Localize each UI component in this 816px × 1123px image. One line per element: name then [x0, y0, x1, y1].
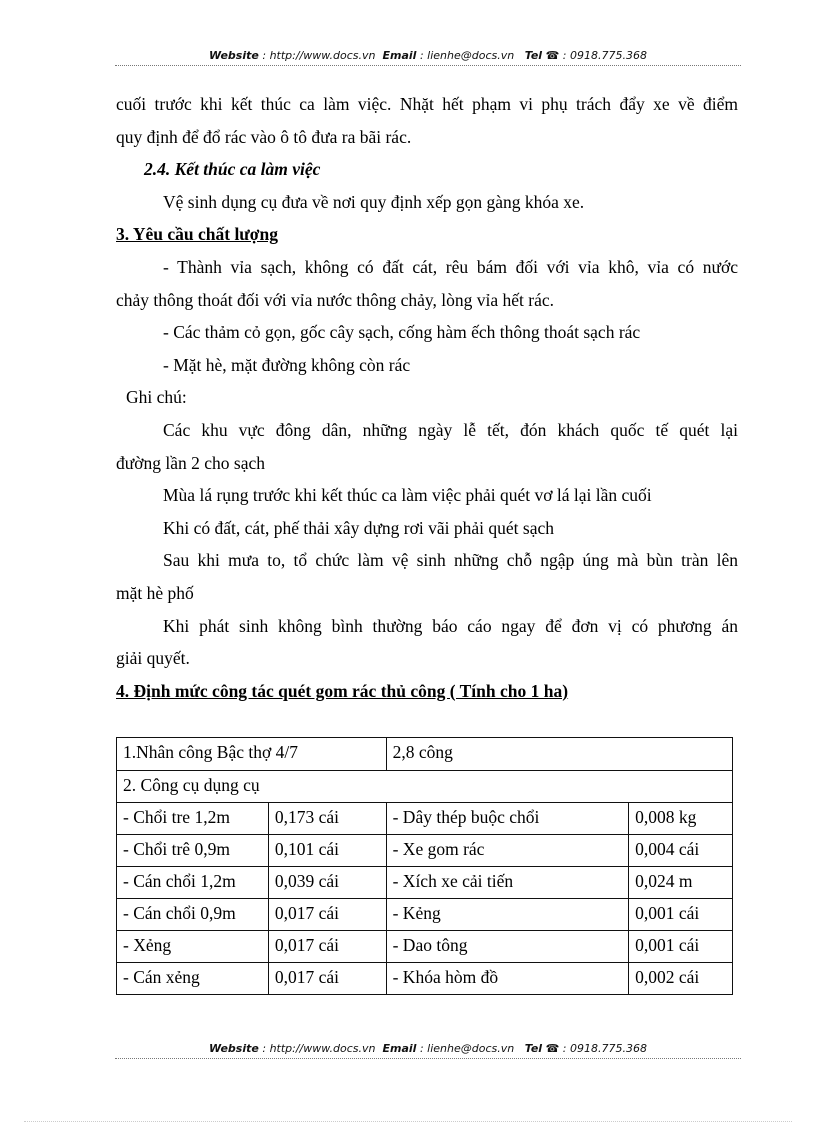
paragraph: Vệ sinh dụng cụ đưa về nơi quy định xếp … — [116, 186, 738, 219]
tool-quantity-cell: 0,004 cái — [629, 835, 733, 867]
website-label: Website — [209, 49, 259, 62]
tool-quantity-cell: 0,101 cái — [268, 835, 386, 867]
phone-icon: ☎ — [546, 49, 560, 62]
email-label: Email — [383, 49, 417, 62]
paragraph: Khi có đất, cát, phế thải xây dựng rơi v… — [116, 512, 738, 545]
tool-name-cell: - Kẻng — [386, 899, 629, 931]
tool-quantity-cell: 0,173 cái — [268, 803, 386, 835]
tool-quantity-cell: 0,017 cái — [268, 899, 386, 931]
tool-quantity-cell: 0,001 cái — [629, 931, 733, 963]
note-label: Ghi chú: — [116, 381, 738, 414]
tel-value: 0918.775.368 — [570, 1042, 647, 1055]
tool-name-cell: - Xẻng — [117, 931, 269, 963]
list-item: - Mặt hè, mặt đường không còn rác — [116, 349, 738, 382]
labor-value: 2,8 công — [386, 738, 732, 771]
paragraph-line: mặt hè phố — [116, 577, 738, 610]
page-header: Website : http://www.docs.vn Email : lie… — [115, 48, 741, 66]
tool-name-cell: - Chổi trê 0,9m — [117, 835, 269, 867]
email-label: Email — [383, 1042, 417, 1055]
tool-name-cell: - Dao tông — [386, 931, 629, 963]
email-value[interactable]: lienhe@docs.vn — [427, 1042, 514, 1055]
table-row: - Xẻng0,017 cái- Dao tông0,001 cái — [117, 931, 733, 963]
table-row: - Chổi trê 0,9m0,101 cái- Xe gom rác0,00… — [117, 835, 733, 867]
paragraph-line: Các khu vực đông dân, những ngày lễ tết,… — [116, 414, 738, 447]
document-body: cuối trước khi kết thúc ca làm việc. Nhặ… — [116, 88, 738, 707]
norms-table: 1.Nhân công Bậc thợ 4/7 2,8 công 2. Công… — [116, 737, 733, 995]
tool-name-cell: - Cán chổi 1,2m — [117, 867, 269, 899]
tool-name-cell: - Chổi tre 1,2m — [117, 803, 269, 835]
table-row: - Cán chổi 0,9m0,017 cái- Kẻng0,001 cái — [117, 899, 733, 931]
tool-quantity-cell: 0,017 cái — [268, 963, 386, 995]
page-footer: Website : http://www.docs.vn Email : lie… — [115, 1041, 741, 1059]
list-item: - Các thảm cỏ gọn, gốc cây sạch, cống hà… — [116, 316, 738, 349]
paragraph-line: chảy thông thoát đối với vỉa nước thông … — [116, 284, 738, 317]
paragraph-line: - Thành vỉa sạch, không có đất cát, rêu … — [116, 251, 738, 284]
labor-label: 1.Nhân công Bậc thợ 4/7 — [117, 738, 387, 771]
table-row: 1.Nhân công Bậc thợ 4/7 2,8 công — [117, 738, 733, 771]
email-value[interactable]: lienhe@docs.vn — [427, 49, 514, 62]
tel-label: Tel — [525, 49, 542, 62]
tool-quantity-cell: 0,024 m — [629, 867, 733, 899]
tool-quantity-cell: 0,039 cái — [268, 867, 386, 899]
tool-name-cell: - Dây thép buộc chổi — [386, 803, 629, 835]
document-page: Website : http://www.docs.vn Email : lie… — [0, 0, 816, 1123]
paragraph: Mùa lá rụng trước khi kết thúc ca làm vi… — [116, 479, 738, 512]
phone-icon: ☎ — [546, 1042, 560, 1055]
tool-quantity-cell: 0,002 cái — [629, 963, 733, 995]
tel-value: 0918.775.368 — [570, 49, 647, 62]
table-row: 2. Công cụ dụng cụ — [117, 771, 733, 803]
tool-name-cell: - Xe gom rác — [386, 835, 629, 867]
paragraph-line: quy định để đổ rác vào ô tô đưa ra bãi r… — [116, 121, 738, 154]
paragraph-line: cuối trước khi kết thúc ca làm việc. Nhặ… — [116, 88, 738, 121]
section-heading-2-4: 2.4. Kết thúc ca làm việc — [116, 153, 738, 186]
paragraph-line: Khi phát sinh không bình thường báo cáo … — [116, 610, 738, 643]
table-row: - Chổi tre 1,2m0,173 cái- Dây thép buộc … — [117, 803, 733, 835]
tel-label: Tel — [525, 1042, 542, 1055]
page-boundary — [24, 1121, 792, 1122]
tool-quantity-cell: 0,017 cái — [268, 931, 386, 963]
tool-quantity-cell: 0,008 kg — [629, 803, 733, 835]
section-heading-4: 4. Định mức công tác quét gom rác thủ cô… — [116, 675, 738, 708]
website-url[interactable]: http://www.docs.vn — [270, 49, 376, 62]
paragraph-line: Sau khi mưa to, tổ chức làm vệ sinh nhữn… — [116, 544, 738, 577]
tool-quantity-cell: 0,001 cái — [629, 899, 733, 931]
table-row: - Cán xẻng0,017 cái- Khóa hòm đồ0,002 cá… — [117, 963, 733, 995]
table-row: - Cán chổi 1,2m0,039 cái- Xích xe cải ti… — [117, 867, 733, 899]
section-heading-3: 3. Yêu cầu chất lượng — [116, 218, 738, 251]
tool-name-cell: - Cán chổi 0,9m — [117, 899, 269, 931]
paragraph-line: đường lần 2 cho sạch — [116, 447, 738, 480]
paragraph-line: giải quyết. — [116, 642, 738, 675]
tools-heading: 2. Công cụ dụng cụ — [117, 771, 733, 803]
website-url[interactable]: http://www.docs.vn — [270, 1042, 376, 1055]
tool-name-cell: - Cán xẻng — [117, 963, 269, 995]
website-label: Website — [209, 1042, 259, 1055]
tool-name-cell: - Khóa hòm đồ — [386, 963, 629, 995]
tool-name-cell: - Xích xe cải tiến — [386, 867, 629, 899]
